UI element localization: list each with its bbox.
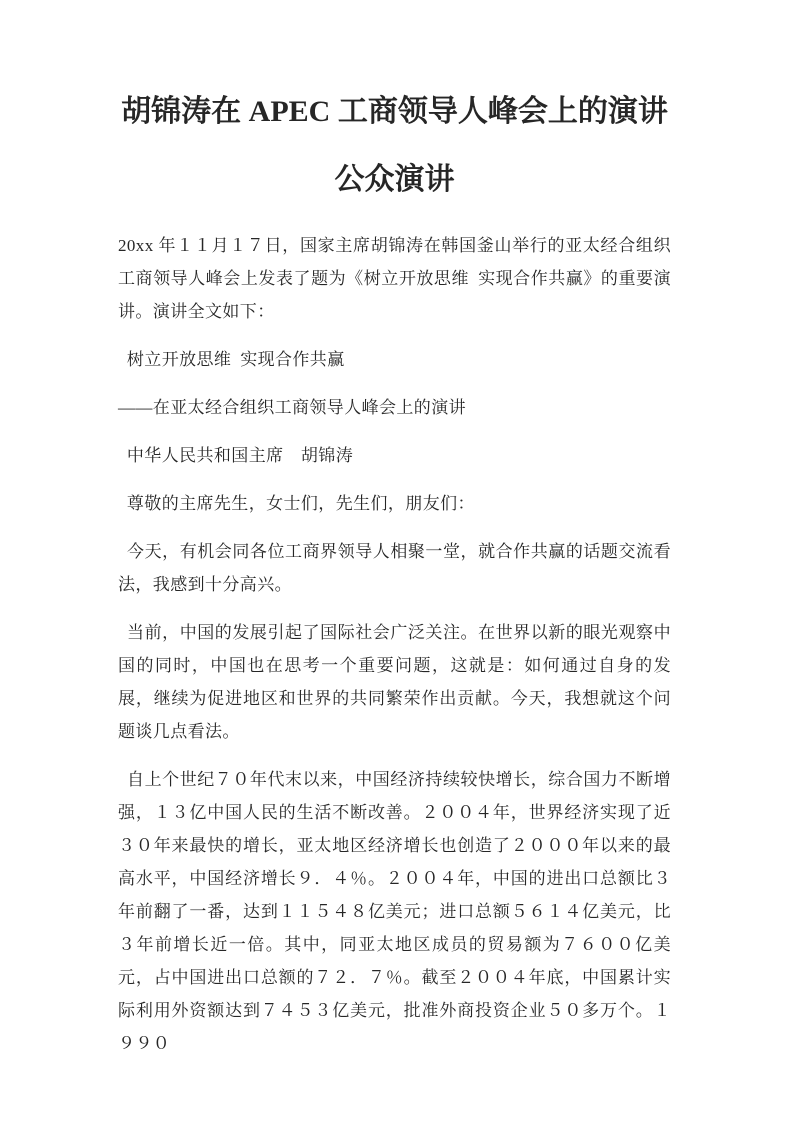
paragraph-salutation: 尊敬的主席先生，女士们，先生们，朋友们： [118, 487, 671, 520]
paragraph-speech-title: 树立开放思维 实现合作共赢 [118, 343, 671, 376]
paragraph-intro: 20xx 年１１月１７日，国家主席胡锦涛在韩国釜山举行的亚太经合组织工商领导人峰… [118, 229, 671, 328]
paragraph-china-development: 当前，中国的发展引起了国际社会广泛关注。在世界以新的眼光观察中国的同时，中国也在… [118, 616, 671, 748]
paragraph-opening-remarks: 今天，有机会同各位工商界领导人相聚一堂，就合作共赢的话题交流看法，我感到十分高兴… [118, 535, 671, 601]
paragraph-economy-statistics: 自上个世纪７０年代末以来，中国经济持续较快增长，综合国力不断增强，１３亿中国人民… [118, 763, 671, 1060]
paragraph-speaker: 中华人民共和国主席 胡锦涛 [118, 439, 671, 472]
paragraph-speech-subtitle: ——在亚太经合组织工商领导人峰会上的演讲 [118, 391, 671, 424]
document-page: 胡锦涛在 APEC 工商领导人峰会上的演讲公众演讲 20xx 年１１月１７日，国… [0, 0, 793, 1122]
document-title: 胡锦涛在 APEC 工商领导人峰会上的演讲公众演讲 [118, 78, 671, 214]
